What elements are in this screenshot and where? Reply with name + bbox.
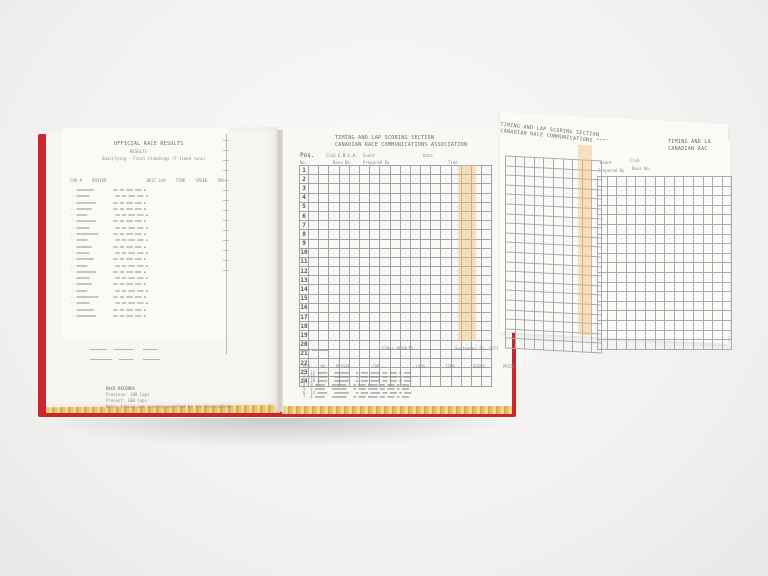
lap-cell: · — [482, 257, 492, 266]
left-bracket-lines: ▁▁▁▁▁▁▁ ▁▁▁▁▁▁▁▁ ▁▁▁▁▁▁ — [90, 345, 157, 350]
lap-cell: · — [482, 211, 492, 220]
lap-cell: · — [309, 257, 319, 266]
lap-cell — [451, 368, 461, 377]
lap-cell: · — [329, 285, 339, 294]
lap-cell — [693, 224, 703, 234]
lap-cell — [645, 311, 655, 321]
lap-cell — [626, 311, 636, 321]
lap-cell: · — [421, 294, 431, 303]
lap-cell — [703, 282, 713, 292]
lap-cell — [693, 263, 703, 273]
lap-cell: · — [515, 195, 525, 205]
lap-cell: · — [421, 175, 431, 184]
lap-cell — [703, 320, 713, 330]
lap-cell: · — [349, 294, 359, 303]
lap-cell: · — [525, 176, 535, 186]
lap-cell: · — [329, 313, 339, 322]
lap-cell: · — [319, 193, 329, 202]
lap-cell: · — [553, 197, 563, 207]
race-records-note: Note: timing and scoring verified by the… — [106, 404, 231, 409]
lap-cell — [626, 244, 636, 254]
lap-cell: · — [515, 252, 525, 262]
lap-cell: · — [359, 221, 369, 230]
ruler-tick — [223, 180, 229, 181]
foldout-grid-row — [598, 320, 732, 330]
lap-cell: · — [390, 294, 400, 303]
lap-cell: · — [441, 248, 451, 257]
lap-cell — [598, 253, 608, 263]
lap-cell: · — [349, 248, 359, 257]
lap-cell — [636, 301, 646, 311]
lap-cell — [655, 301, 665, 311]
lap-cell — [607, 263, 617, 273]
row-number: 10 — [300, 248, 309, 257]
lap-cell: · — [339, 166, 349, 175]
lap-cell — [607, 272, 617, 282]
lap-cell: · — [370, 211, 380, 220]
lap-cell — [645, 320, 655, 330]
lap-cell: · — [563, 293, 573, 303]
lap-cell — [684, 177, 694, 187]
lap-cell: · — [525, 301, 535, 311]
lap-cell: · — [390, 230, 400, 239]
lap-cell: · — [370, 230, 380, 239]
lap-cell — [703, 301, 713, 311]
lap-cell: · — [534, 321, 544, 331]
lap-cell: · — [319, 276, 329, 285]
hdr-driver: DRIVER — [336, 364, 350, 369]
lap-cell — [461, 368, 471, 377]
lap-cell: · — [380, 276, 390, 285]
lap-cell: · — [645, 215, 655, 225]
lap-cell: · — [349, 303, 359, 312]
lap-cell: · — [482, 175, 492, 184]
foldout-grid-row — [598, 330, 732, 340]
row-number: 13 — [300, 276, 309, 285]
lap-cell: · — [441, 285, 451, 294]
lap-cell: · — [309, 166, 319, 175]
lap-cell: · — [410, 184, 420, 193]
lap-cell — [617, 244, 627, 254]
lap-cell — [607, 330, 617, 340]
lap-cell: · — [380, 257, 390, 266]
lap-cell — [607, 282, 617, 292]
lap-cell: · — [506, 281, 516, 291]
lap-cell: · — [544, 311, 554, 321]
lap-cell: · — [410, 257, 420, 266]
lap-cell — [684, 282, 694, 292]
lap-cell: · — [525, 205, 535, 215]
lap-cell — [617, 282, 627, 292]
lap-cell — [693, 186, 703, 196]
lap-cell: · — [390, 221, 400, 230]
date-label: Date — [423, 153, 433, 158]
left-vertical-ruler — [226, 134, 227, 354]
lap-cell: · — [349, 313, 359, 322]
lap-cell: · — [339, 276, 349, 285]
lap-cell: · — [319, 221, 329, 230]
lap-cell: · — [515, 272, 525, 282]
lap-cell: · — [506, 194, 516, 204]
lap-cell — [665, 330, 675, 340]
lap-cell: · — [370, 340, 380, 349]
lap-cell: · — [319, 211, 329, 220]
col-time: TIME — [176, 178, 186, 183]
lap-cell: · — [441, 184, 451, 193]
lap-cell: · — [431, 211, 441, 220]
lap-cell: · — [431, 221, 441, 230]
lap-cell — [598, 244, 608, 254]
lap-cell — [713, 272, 723, 282]
lap-cell: · — [431, 257, 441, 266]
lap-cell: · — [410, 211, 420, 220]
lap-cell — [693, 177, 703, 187]
lap-cell — [626, 292, 636, 302]
lap-cell: · — [329, 193, 339, 202]
sheet-title-2: CANADIAN RACE COMMUNICATIONS ASSOCIATION — [335, 143, 467, 148]
lap-cell: · — [674, 196, 684, 206]
lap-cell: · — [506, 290, 516, 300]
lap-cell: · — [431, 239, 441, 248]
lap-cell: · — [607, 205, 617, 215]
lap-cell — [693, 311, 703, 321]
lap-cell — [645, 253, 655, 263]
lap-cell — [655, 282, 665, 292]
lap-cell — [693, 196, 703, 206]
lap-cell: · — [370, 322, 380, 331]
lap-cell — [665, 263, 675, 273]
lap-cell: · — [626, 177, 636, 187]
lap-cell: · — [339, 175, 349, 184]
lap-cell — [703, 196, 713, 206]
lap-cell: · — [482, 303, 492, 312]
lap-cell: · — [400, 285, 410, 294]
lap-cell — [703, 292, 713, 302]
lap-cell: · — [359, 294, 369, 303]
lap-cell — [617, 320, 627, 330]
lap-cell: · — [421, 313, 431, 322]
lap-cell: · — [506, 166, 516, 176]
lap-cell: · — [339, 211, 349, 220]
lap-cell: · — [349, 257, 359, 266]
lap-cell — [655, 340, 665, 350]
lap-cell: · — [506, 185, 516, 195]
lap-cell — [674, 282, 684, 292]
lap-cell: · — [410, 202, 420, 211]
lap-cell: · — [319, 175, 329, 184]
lap-cell: · — [309, 285, 319, 294]
lap-cell: · — [339, 184, 349, 193]
lap-cell — [674, 340, 684, 350]
lap-cell — [617, 263, 627, 273]
lap-cell: · — [626, 186, 636, 196]
lap-cell: · — [563, 274, 573, 284]
lap-cell: · — [563, 284, 573, 294]
lap-cell: · — [515, 262, 525, 272]
lap-cell: · — [431, 331, 441, 340]
lap-cell: · — [482, 202, 492, 211]
lap-cell — [607, 301, 617, 311]
lap-cell — [674, 272, 684, 282]
bottom-left-note: ▁▁▁▁ ▁▁▁▁▁▁▁ — [300, 346, 329, 351]
lap-cell: · — [544, 321, 554, 331]
lap-cell: · — [506, 175, 516, 185]
lap-cell: · — [431, 193, 441, 202]
lap-cell: · — [515, 156, 525, 166]
lap-cell: · — [400, 239, 410, 248]
lap-cell — [684, 301, 694, 311]
row-number: 14 — [300, 285, 309, 294]
lap-cell: · — [319, 166, 329, 175]
lap-cell — [684, 244, 694, 254]
lap-cell: · — [598, 205, 608, 215]
lap-cell — [684, 234, 694, 244]
lap-cell: · — [441, 193, 451, 202]
ruler-tick — [223, 190, 229, 191]
lap-cell: · — [534, 196, 544, 206]
lap-cell: · — [309, 193, 319, 202]
lap-cell: · — [329, 349, 339, 358]
lap-cell: · — [349, 211, 359, 220]
lap-cell: · — [534, 282, 544, 292]
lap-cell: · — [592, 161, 602, 171]
lap-cell — [553, 331, 563, 341]
lap-cell: · — [400, 166, 410, 175]
lap-cell — [674, 311, 684, 321]
lap-cell: · — [370, 331, 380, 340]
lap-cell — [703, 272, 713, 282]
lap-cell — [598, 263, 608, 273]
lap-cell: · — [400, 257, 410, 266]
lap-cell: · — [482, 193, 492, 202]
lap-cell: · — [309, 221, 319, 230]
lap-cell: · — [525, 234, 535, 244]
lap-cell: · — [598, 215, 608, 225]
hdr-car: CAR — [372, 364, 379, 369]
lap-cell: · — [390, 184, 400, 193]
lap-cell: · — [370, 257, 380, 266]
lap-cell: · — [441, 294, 451, 303]
lap-cell: · — [525, 195, 535, 205]
lap-cell: · — [380, 175, 390, 184]
lap-cell — [722, 177, 732, 187]
lap-cell: · — [431, 267, 441, 276]
lap-cell — [441, 377, 451, 386]
lap-cell: · — [617, 205, 627, 215]
lap-cell: · — [410, 294, 420, 303]
lap-cell: · — [617, 234, 627, 244]
binder-shadow — [38, 418, 518, 448]
lap-cell — [722, 205, 732, 215]
lap-cell — [598, 282, 608, 292]
ruler-tick — [223, 270, 229, 271]
lap-cell: · — [525, 243, 535, 253]
lap-cell: · — [359, 230, 369, 239]
lap-cell: · — [665, 215, 675, 225]
lap-cell: · — [655, 177, 665, 187]
lap-cell — [665, 292, 675, 302]
lap-cell: · — [390, 267, 400, 276]
lap-cell: · — [400, 202, 410, 211]
lap-cell — [655, 330, 665, 340]
sheet-title-1: TIMING AND LAP SCORING SECTION — [335, 136, 434, 141]
lap-cell — [722, 263, 732, 273]
lap-cell — [645, 272, 655, 282]
lap-cell — [461, 377, 471, 386]
lap-cell — [534, 340, 544, 350]
lap-cell: · — [544, 273, 554, 283]
lap-cell — [722, 244, 732, 254]
lap-cell: · — [607, 215, 617, 225]
lap-cell — [713, 215, 723, 225]
lap-cell: · — [506, 204, 516, 214]
lap-cell — [684, 311, 694, 321]
row-number: 18 — [300, 322, 309, 331]
foldout-grid-row: ········· — [598, 196, 732, 206]
lap-cell — [506, 329, 516, 339]
lap-cell — [472, 368, 482, 377]
lap-cell — [684, 224, 694, 234]
lap-cell — [722, 340, 732, 350]
lap-cell: · — [674, 224, 684, 234]
lap-cell: · — [655, 234, 665, 244]
lap-cell: · — [636, 186, 646, 196]
lap-cell: · — [390, 175, 400, 184]
lap-cell: · — [359, 303, 369, 312]
lap-cell: · — [525, 215, 535, 225]
lap-cell — [703, 263, 713, 273]
lap-cell: · — [674, 234, 684, 244]
lap-cell: · — [309, 211, 319, 220]
lap-cell — [544, 340, 554, 350]
lap-cell: · — [506, 309, 516, 319]
hdr-laps: LAPS — [416, 364, 426, 369]
lap-cell — [665, 253, 675, 263]
lap-cell: · — [607, 234, 617, 244]
lap-cell: · — [339, 239, 349, 248]
left-title: OFFICIAL RACE RESULTS — [114, 142, 184, 147]
lap-cell: · — [515, 176, 525, 186]
lap-cell: · — [421, 340, 431, 349]
lap-cell: · — [525, 186, 535, 196]
ruler-tick — [223, 220, 229, 221]
lap-cell — [506, 338, 516, 348]
lap-cell — [693, 282, 703, 292]
lap-cell: · — [359, 175, 369, 184]
lap-cell: · — [421, 248, 431, 257]
lap-cell: · — [309, 175, 319, 184]
lap-cell: · — [390, 202, 400, 211]
lap-cell: · — [553, 245, 563, 255]
lap-cell: · — [400, 267, 410, 276]
lap-cell — [655, 272, 665, 282]
lap-cell: · — [441, 276, 451, 285]
lap-cell: · — [441, 221, 451, 230]
row-number: 1 — [300, 166, 309, 175]
lap-cell: · — [626, 224, 636, 234]
lap-cell: · — [370, 202, 380, 211]
lap-cell: · — [482, 267, 492, 276]
lap-cell — [525, 339, 535, 349]
foldout-grid-row: ········· — [598, 224, 732, 234]
lap-cell — [472, 377, 482, 386]
lap-cell: · — [645, 196, 655, 206]
lap-cell — [607, 244, 617, 254]
lap-cell — [722, 196, 732, 206]
row-number: 17 — [300, 313, 309, 322]
lap-cell — [645, 282, 655, 292]
foldout-grid-row — [598, 340, 732, 350]
lap-cell — [684, 292, 694, 302]
lap-cell: · — [349, 285, 359, 294]
lap-cell: · — [626, 205, 636, 215]
lap-cell — [553, 341, 563, 351]
lap-cell: · — [431, 340, 441, 349]
lap-cell — [684, 253, 694, 263]
lap-cell: · — [349, 166, 359, 175]
lap-cell: · — [534, 225, 544, 235]
lap-cell: · — [370, 248, 380, 257]
lap-cell: · — [359, 257, 369, 266]
lap-cell: · — [390, 248, 400, 257]
lap-cell: · — [506, 214, 516, 224]
lap-cell — [703, 311, 713, 321]
lap-cell: · — [390, 276, 400, 285]
lap-cell — [722, 301, 732, 311]
lap-cell: · — [431, 276, 441, 285]
lap-cell: · — [309, 331, 319, 340]
lap-cell: · — [339, 303, 349, 312]
lap-cell: · — [544, 216, 554, 226]
lap-cell: · — [319, 257, 329, 266]
hdr-prize: PRIZE — [503, 364, 515, 369]
final-results-rows: 1. 11 ▬▬▬▬ ▬▬▬▬▬▬ ▬ ▬▬▬ ▬▬▬▬ ▬▬ ▬▬▬ ▬ ▬▬… — [303, 370, 411, 398]
lap-cell: · — [370, 313, 380, 322]
lap-cell: · — [441, 313, 451, 322]
lap-cell: · — [665, 234, 675, 244]
lap-cell: · — [544, 187, 554, 197]
lap-cell: · — [339, 322, 349, 331]
lap-cell — [598, 301, 608, 311]
lap-cell: · — [515, 185, 525, 195]
lap-cell — [636, 320, 646, 330]
lap-cell: · — [482, 276, 492, 285]
lap-cell: · — [617, 224, 627, 234]
lap-cell: · — [380, 313, 390, 322]
lap-cell: · — [329, 276, 339, 285]
lap-cell: · — [525, 167, 535, 177]
lap-cell: · — [544, 283, 554, 293]
lap-cell: · — [598, 177, 608, 187]
lap-cell: · — [380, 184, 390, 193]
ruler-tick — [223, 140, 229, 141]
lap-cell: · — [410, 313, 420, 322]
lap-cell — [617, 330, 627, 340]
lap-cell — [617, 311, 627, 321]
lap-cell — [722, 330, 732, 340]
lap-cell — [713, 224, 723, 234]
lap-cell: · — [329, 221, 339, 230]
lap-cell: · — [380, 294, 390, 303]
lap-cell: · — [309, 267, 319, 276]
lap-cell: · — [359, 248, 369, 257]
lap-cell — [665, 301, 675, 311]
lap-cell: · — [370, 285, 380, 294]
lap-cell — [421, 368, 431, 377]
lap-cell: · — [563, 265, 573, 275]
lap-cell — [655, 292, 665, 302]
lap-cell — [684, 272, 694, 282]
